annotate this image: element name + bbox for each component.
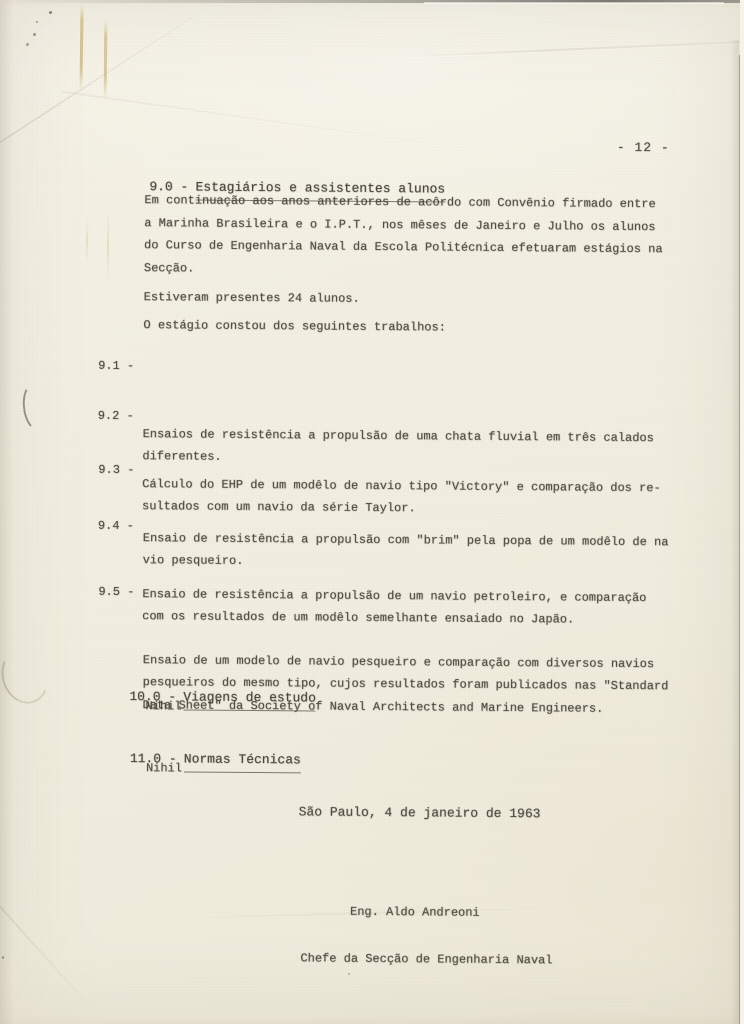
section-11-title: Normas Técnicas: [184, 748, 301, 773]
text-line: do Curso de Engenharia Naval da Escola P…: [144, 234, 663, 261]
top-edge-highlight: [424, 2, 724, 4]
typewritten-content: - 12 - 9.0 -Estagiários e assistentes al…: [0, 0, 744, 1024]
text-line: Secção.: [144, 257, 663, 284]
works-intro-line: O estágio constou dos seguintes trabalho…: [143, 314, 446, 339]
scanned-document-page: - 12 - 9.0 -Estagiários e assistentes al…: [0, 0, 744, 1024]
signature-name: Eng. Aldo Andreoni: [235, 904, 595, 922]
page-number: - 12 -: [617, 137, 670, 160]
section-11-body: Nihil: [146, 757, 182, 780]
section-11-heading: 11.0 -Normas Técnicas: [83, 725, 301, 796]
attendance-line: Estiveram presentes 24 alunos.: [144, 286, 360, 310]
item-number: 9.5 -: [98, 581, 134, 604]
section-10-heading: 10.0 -Viagens de estudo: [82, 663, 316, 734]
left-edge-shadow: [0, 0, 14, 1024]
text-line: Em continuação aos anos anteriores de ac…: [144, 189, 663, 216]
dateline: São Paulo, 4 de janeiro de 1963: [299, 801, 541, 825]
section-10-title: Viagens de estudo: [183, 686, 316, 712]
item-number: 9.2 -: [98, 405, 134, 428]
signature-block: Eng. Aldo Andreoni Chefe da Secção de En…: [246, 873, 607, 1000]
right-edge-shadow: [730, 40, 739, 1024]
section-9-paragraph: Em continuação aos anos anteriores de ac…: [144, 189, 663, 283]
right-scanner-strip: [740, 0, 744, 1024]
item-number: 9.1 -: [98, 355, 134, 378]
signature-title: Chefe da Secção de Engenharia Naval: [246, 950, 606, 968]
item-number: 9.3 -: [98, 459, 134, 482]
item-number: 9.4 -: [98, 515, 134, 538]
section-10-body: Nihil: [145, 695, 181, 718]
